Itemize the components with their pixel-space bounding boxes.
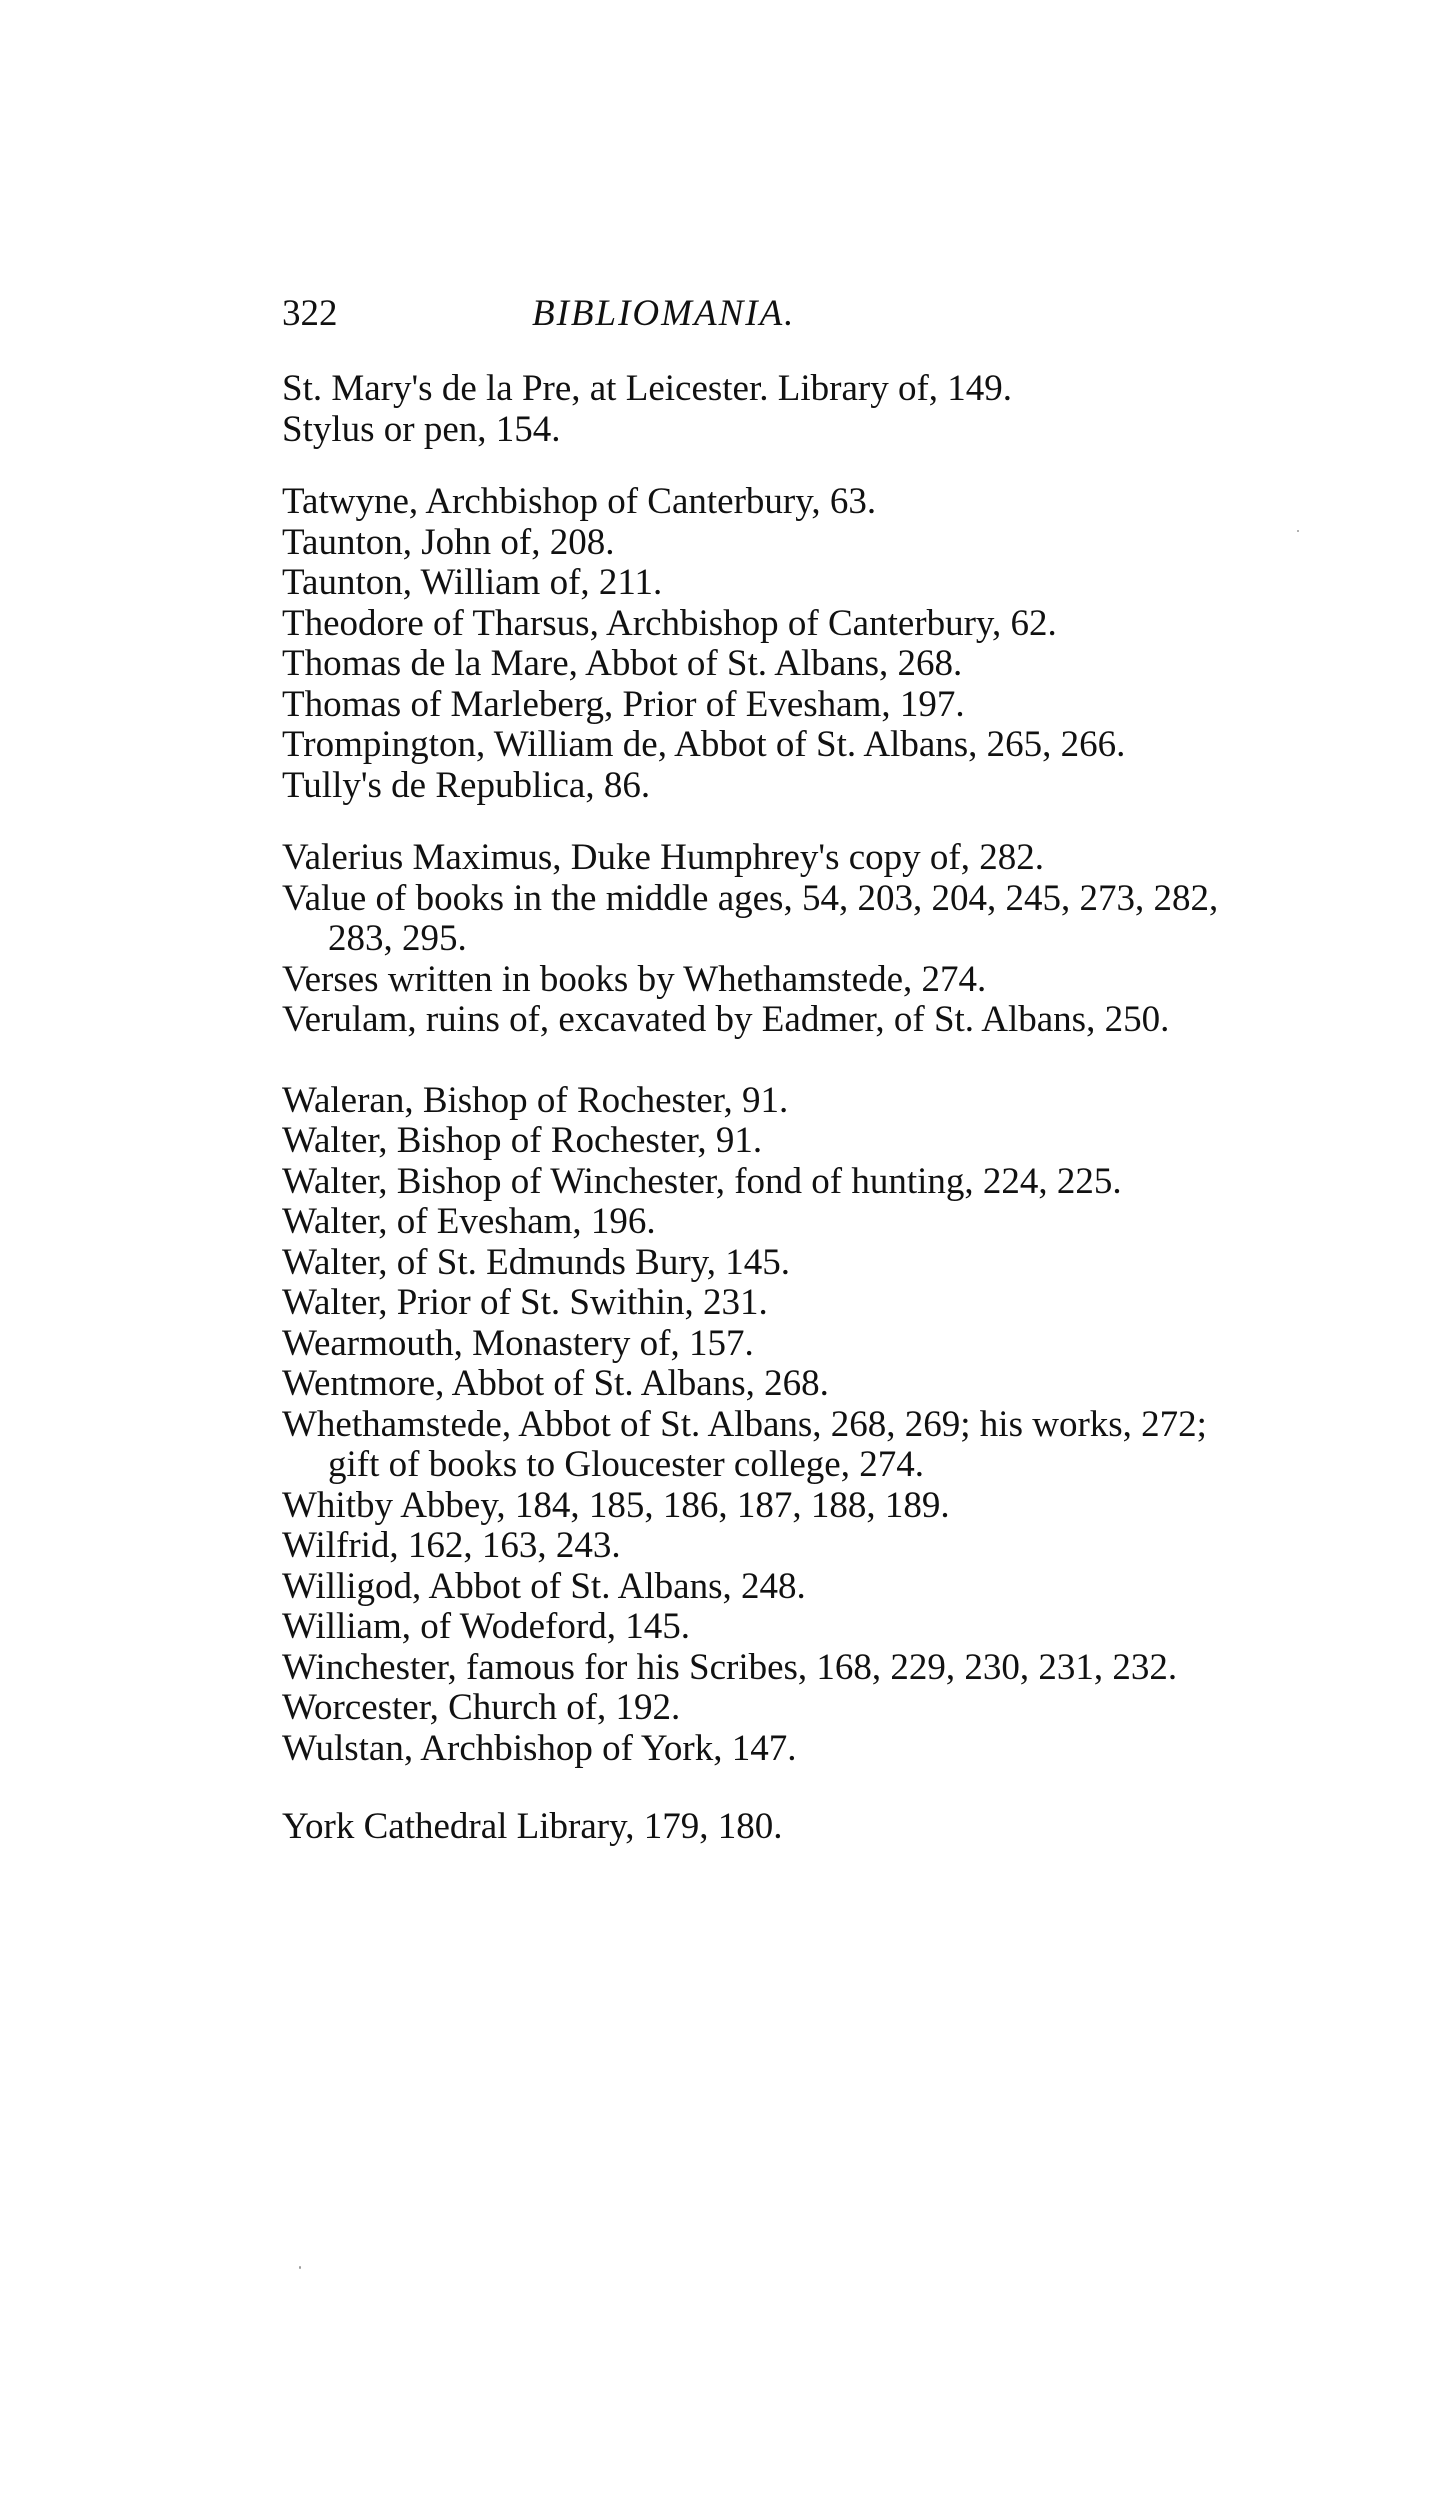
index-entry: Verulam, ruins of, excavated by Eadmer, …	[282, 1000, 1402, 1041]
scan-speck	[1297, 530, 1299, 532]
index-section-y: York Cathedral Library, 179, 180.	[282, 1807, 1402, 1848]
index-entry: Worcester, Church of, 192.	[282, 1688, 1402, 1729]
running-title: BIBLIOMANIA.	[532, 292, 795, 336]
entry-continuation: gift of books to Gloucester college, 274…	[328, 1445, 1402, 1486]
index-entry: Walter, of Evesham, 196.	[282, 1202, 1402, 1243]
index-entry: York Cathedral Library, 179, 180.	[282, 1807, 1402, 1848]
index-entry: Walter, Prior of St. Swithin, 231.	[282, 1283, 1402, 1324]
index-entry: Whethamstede, Abbot of St. Albans, 268, …	[282, 1405, 1402, 1486]
index-entry: Stylus or pen, 154.	[282, 410, 1402, 451]
index-entry: Whitby Abbey, 184, 185, 186, 187, 188, 1…	[282, 1486, 1402, 1527]
index-section-t: Tatwyne, Archbishop of Canterbury, 63. T…	[282, 482, 1402, 806]
index-entry: Valerius Maximus, Duke Humphrey's copy o…	[282, 838, 1402, 879]
index-entry: Verses written in books by Whethamstede,…	[282, 960, 1402, 1001]
index-entry: Value of books in the middle ages, 54, 2…	[282, 879, 1402, 960]
index-entry: Tatwyne, Archbishop of Canterbury, 63.	[282, 482, 1402, 523]
index-entry: Thomas de la Mare, Abbot of St. Albans, …	[282, 644, 1402, 685]
index-entry: Waleran, Bishop of Rochester, 91.	[282, 1081, 1402, 1122]
index-entry: Willigod, Abbot of St. Albans, 248.	[282, 1567, 1402, 1608]
index-entry: Wentmore, Abbot of St. Albans, 268.	[282, 1364, 1402, 1405]
index-entry: Thomas of Marleberg, Prior of Evesham, 1…	[282, 685, 1402, 726]
running-head: 322 BIBLIOMANIA.	[282, 292, 1392, 336]
index-body: St. Mary's de la Pre, at Leicester. Libr…	[282, 369, 1402, 1848]
index-entry: Walter, Bishop of Winchester, fond of hu…	[282, 1162, 1402, 1203]
index-entry: Tully's de Republica, 86.	[282, 766, 1402, 807]
scan-speck	[299, 2266, 301, 2269]
index-entry: Winchester, famous for his Scribes, 168,…	[282, 1648, 1402, 1689]
index-entry: Taunton, John of, 208.	[282, 523, 1402, 564]
index-section-w: Waleran, Bishop of Rochester, 91. Walter…	[282, 1081, 1402, 1770]
index-entry: William, of Wodeford, 145.	[282, 1607, 1402, 1648]
page-number: 322	[282, 292, 338, 336]
index-entry: Walter, Bishop of Rochester, 91.	[282, 1121, 1402, 1162]
index-entry: Wearmouth, Monastery of, 157.	[282, 1324, 1402, 1365]
index-entry: Taunton, William of, 211.	[282, 563, 1402, 604]
book-page: 322 BIBLIOMANIA. St. Mary's de la Pre, a…	[0, 0, 1448, 2511]
index-section-s: St. Mary's de la Pre, at Leicester. Libr…	[282, 369, 1402, 450]
entry-continuation: 283, 295.	[328, 919, 1402, 960]
index-entry: Theodore of Tharsus, Archbishop of Cante…	[282, 604, 1402, 645]
index-entry: Wulstan, Archbishop of York, 147.	[282, 1729, 1402, 1770]
index-entry: St. Mary's de la Pre, at Leicester. Libr…	[282, 369, 1402, 410]
index-entry: Trompington, William de, Abbot of St. Al…	[282, 725, 1402, 766]
index-entry: Walter, of St. Edmunds Bury, 145.	[282, 1243, 1402, 1284]
index-section-v: Valerius Maximus, Duke Humphrey's copy o…	[282, 838, 1402, 1041]
index-entry: Wilfrid, 162, 163, 243.	[282, 1526, 1402, 1567]
